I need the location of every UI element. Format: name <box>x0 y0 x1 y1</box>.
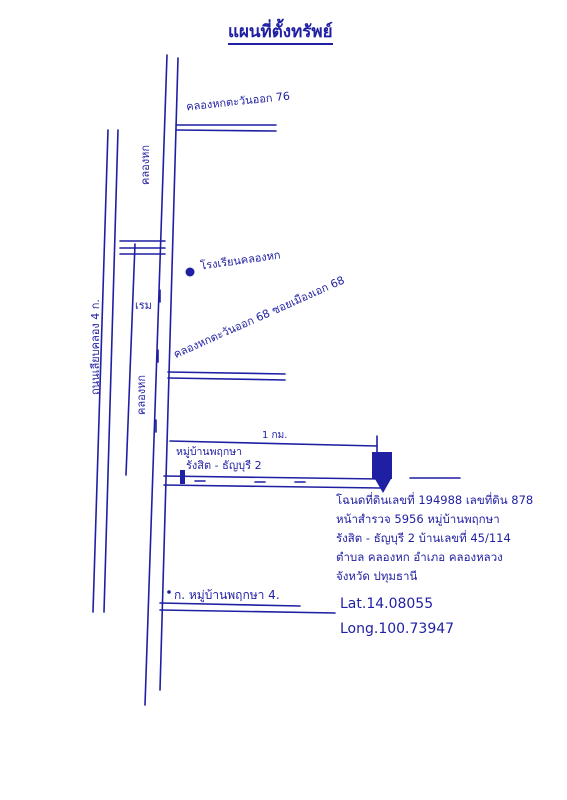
address-line: หน้าสำรวจ 5956 หมู่บ้านพฤกษา <box>336 510 561 529</box>
longitude: Long.100.73947 <box>340 622 454 636</box>
label-left-road: ถนนเลียบคลอง 4 ก. <box>90 299 101 395</box>
property-block <box>372 452 392 479</box>
latitude: Lat.14.08055 <box>340 597 433 611</box>
address-line: ตำบล คลองหก อำเภอ คลองหลวง <box>336 548 561 567</box>
label-village-line1: หมู่บ้านพฤกษา <box>176 447 242 458</box>
label-landmark-bottom: ก. หมู่บ้านพฤกษา 4. <box>174 589 280 601</box>
map-title: แผนที่ตั้งทรัพย์ <box>228 24 333 45</box>
school-dot <box>186 268 195 277</box>
label-canal-hok-lower: คลองหก <box>136 375 147 415</box>
label-village-line2: รังสิต - ธัญบุรี 2 <box>186 460 262 471</box>
label-canal-hok: คลองหก <box>140 145 151 185</box>
address-block: โฉนดที่ดินเลขที่ 194988 เลขที่ดิน 878 หน… <box>336 491 561 586</box>
label-distance: 1 กม. <box>262 431 287 441</box>
label-road-west: เรม <box>135 300 152 311</box>
address-line: โฉนดที่ดินเลขที่ 194988 เลขที่ดิน 878 <box>336 491 561 510</box>
address-line: รังสิต - ธัญบุรี 2 บ้านเลขที่ 45/114 <box>336 529 561 548</box>
map-drawing <box>0 0 567 800</box>
address-line: จังหวัด ปทุมธานี <box>336 567 561 586</box>
